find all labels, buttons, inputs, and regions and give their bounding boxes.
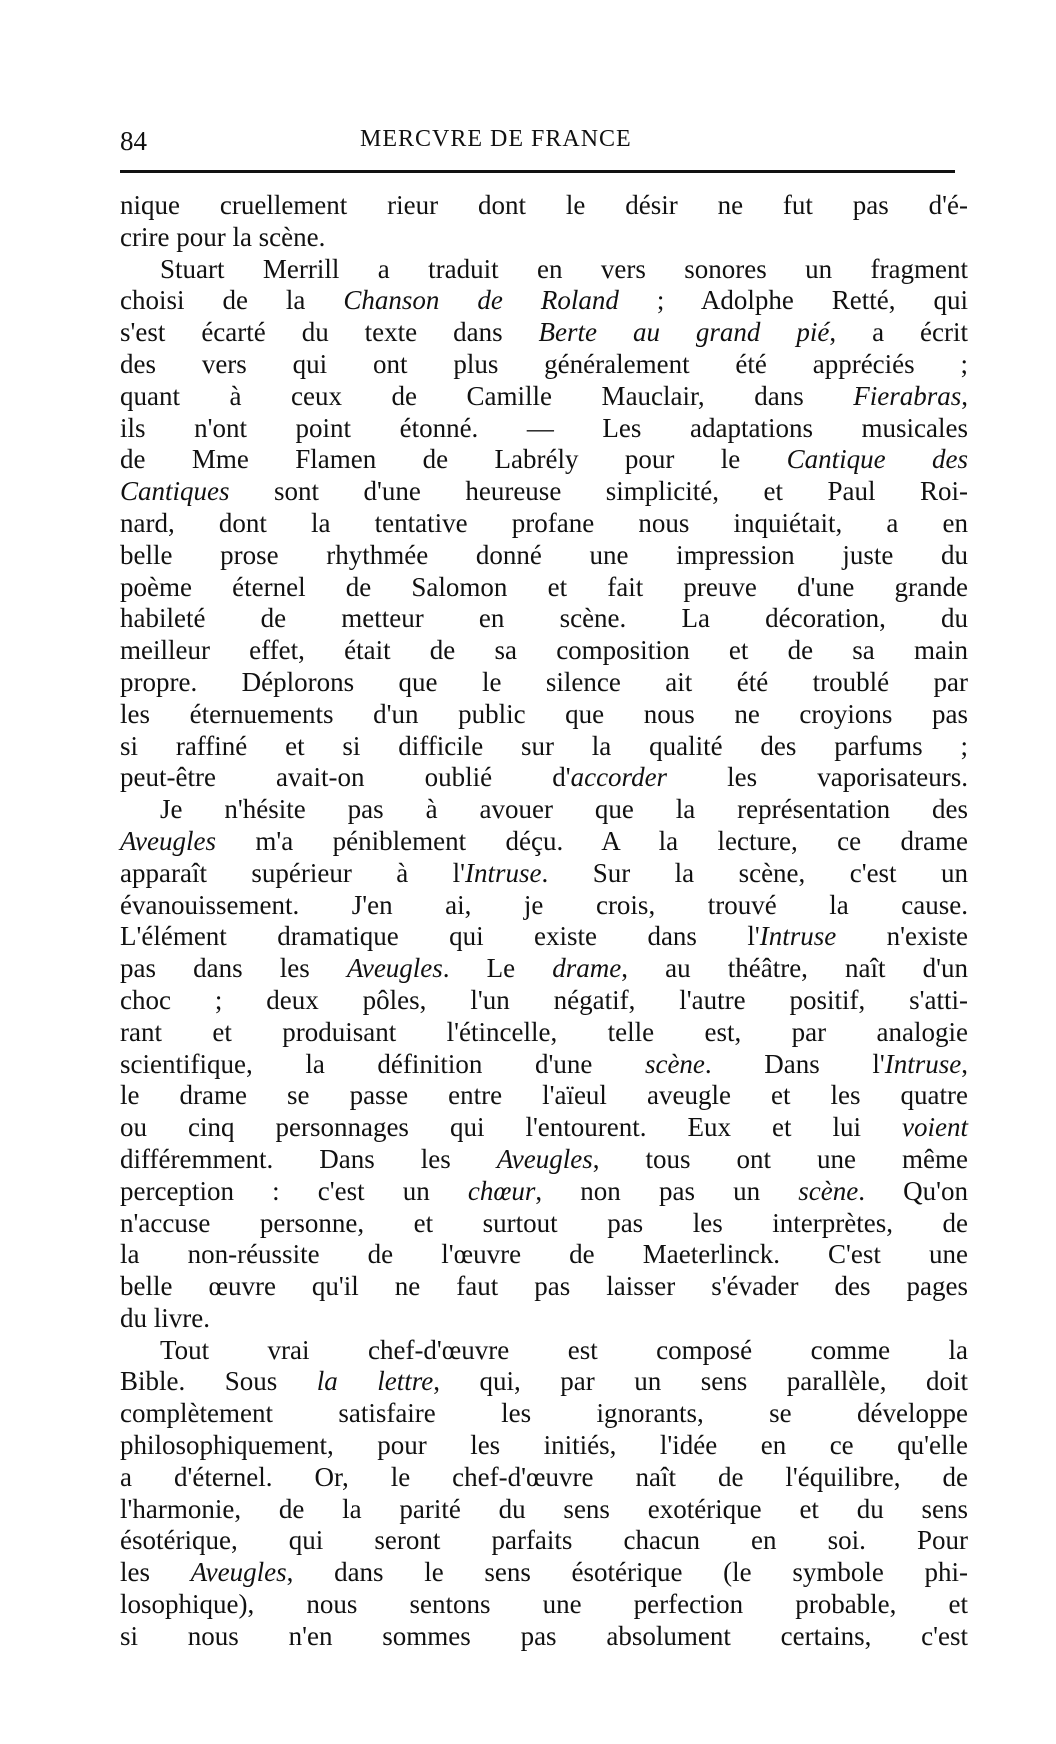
- text-line: Tout vrai chef-d'œuvre est composé comme…: [120, 1335, 968, 1367]
- text-line: perception : c'est un chœur, non pas un …: [120, 1176, 968, 1208]
- text-line: losophique), nous sentons une perfection…: [120, 1589, 968, 1621]
- page-header: 84 MERCVRE DE FRANCE: [120, 118, 950, 158]
- text-line: Je n'hésite pas à avouer que la représen…: [120, 794, 968, 826]
- page-number: 84: [120, 126, 147, 157]
- text-line: nique cruellement rieur dont le désir ne…: [120, 190, 968, 222]
- text-line: les éternuements d'un public que nous ne…: [120, 699, 968, 731]
- text-line: des vers qui ont plus généralement été a…: [120, 349, 968, 381]
- text-line: pas dans les Aveugles. Le drame, au théâ…: [120, 953, 968, 985]
- body-text: nique cruellement rieur dont le désir ne…: [120, 190, 968, 1653]
- text-line: quant à ceux de Camille Mauclair, dans F…: [120, 381, 968, 413]
- text-line: ils n'ont point étonné. — Les adaptation…: [120, 413, 968, 445]
- text-line: le drame se passe entre l'aïeul aveugle …: [120, 1080, 968, 1112]
- text-line: la non-réussite de l'œuvre de Maeterlinc…: [120, 1239, 968, 1271]
- text-line: Aveugles m'a péniblement déçu. A la lect…: [120, 826, 968, 858]
- text-line: choisi de la Chanson de Roland ; Adolphe…: [120, 285, 968, 317]
- text-line: ésotérique, qui seront parfaits chacun e…: [120, 1525, 968, 1557]
- text-line: propre. Déplorons que le silence ait été…: [120, 667, 968, 699]
- text-line: belle prose rhythmée donné une impressio…: [120, 540, 968, 572]
- text-line: Stuart Merrill a traduit en vers sonores…: [120, 254, 968, 286]
- text-line: si nous n'en sommes pas absolument certa…: [120, 1621, 968, 1653]
- header-rule: [120, 170, 955, 173]
- text-line: poème éternel de Salomon et fait preuve …: [120, 572, 968, 604]
- text-line: philosophiquement, pour les initiés, l'i…: [120, 1430, 968, 1462]
- running-title: MERCVRE DE FRANCE: [360, 126, 632, 153]
- document-page: 84 MERCVRE DE FRANCE nique cruellement r…: [0, 0, 1056, 1744]
- text-line: a d'éternel. Or, le chef-d'œuvre naît de…: [120, 1462, 968, 1494]
- text-line: nard, dont la tentative profane nous inq…: [120, 508, 968, 540]
- text-line: peut-être avait-on oublié d'accorder les…: [120, 762, 968, 794]
- text-line: complètement satisfaire les ignorants, s…: [120, 1398, 968, 1430]
- text-line: rant et produisant l'étincelle, telle es…: [120, 1017, 968, 1049]
- text-line: s'est écarté du texte dans Berte au gran…: [120, 317, 968, 349]
- text-line: Cantiques sont d'une heureuse simplicité…: [120, 476, 968, 508]
- text-line: de Mme Flamen de Labrély pour le Cantiqu…: [120, 444, 968, 476]
- text-line: belle œuvre qu'il ne faut pas laisser s'…: [120, 1271, 968, 1303]
- text-line: meilleur effet, était de sa composition …: [120, 635, 968, 667]
- text-line: choc ; deux pôles, l'un négatif, l'autre…: [120, 985, 968, 1017]
- text-line: apparaît supérieur à l'Intruse. Sur la s…: [120, 858, 968, 890]
- text-line: scientifique, la définition d'une scène.…: [120, 1049, 968, 1081]
- text-line: L'élément dramatique qui existe dans l'I…: [120, 921, 968, 953]
- text-line: du livre.: [120, 1303, 968, 1335]
- text-line: crire pour la scène.: [120, 222, 968, 254]
- text-line: évanouissement. J'en ai, je crois, trouv…: [120, 890, 968, 922]
- text-line: Bible. Sous la lettre, qui, par un sens …: [120, 1366, 968, 1398]
- text-line: si raffiné et si difficile sur la qualit…: [120, 731, 968, 763]
- text-line: n'accuse personne, et surtout pas les in…: [120, 1208, 968, 1240]
- text-line: différemment. Dans les Aveugles, tous on…: [120, 1144, 968, 1176]
- text-line: ou cinq personnages qui l'entourent. Eux…: [120, 1112, 968, 1144]
- text-line: l'harmonie, de la parité du sens exotéri…: [120, 1494, 968, 1526]
- text-line: les Aveugles, dans le sens ésotérique (l…: [120, 1557, 968, 1589]
- text-line: habileté de metteur en scène. La décorat…: [120, 603, 968, 635]
